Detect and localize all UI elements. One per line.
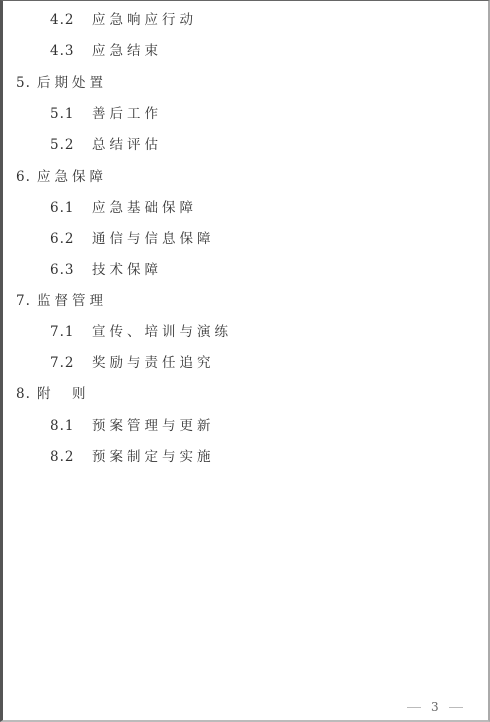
toc-entry-title: 预案管理与更新 [92, 416, 215, 436]
toc-entry-number: 6.1 [50, 198, 92, 218]
toc-entry-title: 预案制定与实施 [92, 447, 215, 467]
toc-entry-title: 应急结束 [92, 41, 162, 61]
toc-entry-number: 6.2 [50, 229, 92, 249]
toc-entry-6-3: 6.3技术保障 [50, 260, 162, 280]
toc-entry-6-1: 6.1应急基础保障 [50, 198, 197, 218]
toc-entry-number: 7.2 [50, 353, 92, 373]
toc-entry-7: 7.监督管理 [16, 291, 107, 311]
toc-entry-4-3: 4.3应急结束 [50, 41, 162, 61]
toc-entry-number: 8.2 [50, 447, 92, 467]
toc-entry-5-2: 5.2总结评估 [50, 135, 162, 155]
toc-entry-title: 应急基础保障 [92, 198, 197, 218]
toc-entry-number: 6.3 [50, 260, 92, 280]
toc-entry-number: 5.2 [50, 135, 92, 155]
page-footer: 3 [407, 699, 463, 715]
toc-entry-4-2: 4.2应急响应行动 [50, 10, 197, 30]
document-page: 4.2应急响应行动 4.3应急结束 5.后期处置 5.1善后工作 5.2总结评估… [0, 0, 490, 722]
toc-entry-number: 5. [16, 73, 37, 93]
toc-entry-number: 8. [16, 384, 37, 404]
toc-entry-8: 8.附 则 [16, 384, 90, 404]
toc-entry-title: 附 则 [37, 384, 90, 404]
toc-entry-number: 5.1 [50, 104, 92, 124]
toc-entry-number: 6. [16, 167, 37, 187]
dash-right [449, 707, 463, 708]
toc-entry-7-1: 7.1宣传、培训与演练 [50, 322, 232, 342]
page-number: 3 [431, 700, 439, 714]
toc-entry-title: 总结评估 [92, 135, 162, 155]
toc-entry-number: 4.2 [50, 10, 92, 30]
toc-entry-title: 监督管理 [37, 291, 107, 311]
toc-entry-title: 技术保障 [92, 260, 162, 280]
toc-entry-title: 宣传、培训与演练 [92, 322, 232, 342]
dash-left [407, 707, 421, 708]
toc-entry-7-2: 7.2奖励与责任追究 [50, 353, 215, 373]
toc-entry-5-1: 5.1善后工作 [50, 104, 162, 124]
toc-entry-title: 善后工作 [92, 104, 162, 124]
toc-entry-8-2: 8.2预案制定与实施 [50, 447, 215, 467]
toc-entry-title: 通信与信息保障 [92, 229, 215, 249]
toc-entry-6: 6.应急保障 [16, 167, 107, 187]
toc-entry-title: 奖励与责任追究 [92, 353, 215, 373]
toc-entry-number: 4.3 [50, 41, 92, 61]
toc-entry-5: 5.后期处置 [16, 73, 107, 93]
toc-entry-6-2: 6.2通信与信息保障 [50, 229, 215, 249]
toc-entry-number: 7. [16, 291, 37, 311]
toc-entry-number: 7.1 [50, 322, 92, 342]
toc-entry-title: 后期处置 [37, 73, 107, 93]
toc-entry-8-1: 8.1预案管理与更新 [50, 416, 215, 436]
toc-entry-number: 8.1 [50, 416, 92, 436]
toc-entry-title: 应急响应行动 [92, 10, 197, 30]
toc-entry-title: 应急保障 [37, 167, 107, 187]
